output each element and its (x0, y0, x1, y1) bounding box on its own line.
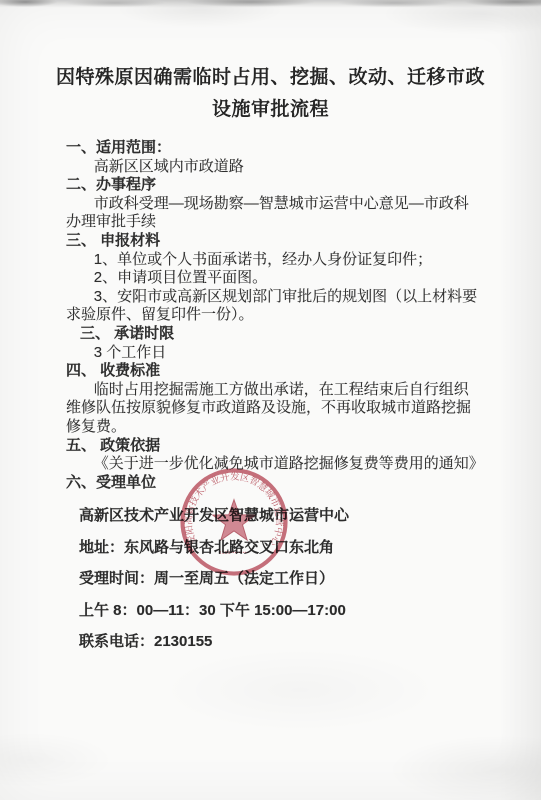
contact-hours-time: 上午 8：00—11：30 下午 15:00—17:00 (79, 601, 541, 620)
sec-1-scope-text: 高新区区域内市政道路 (66, 158, 480, 177)
seal-star-icon (213, 500, 256, 541)
commitment-days-text: 3 个工作日 (66, 344, 480, 363)
sec-2-procedure-text: 市政科受理—现场勘察—智慧城市运营中心意见—市政科办理审批手续 (66, 195, 480, 232)
contact-phone: 联系电话：2130155 (79, 632, 541, 651)
material-item-2: 2、申请项目位置平面图。 (66, 269, 480, 288)
sec-5-policy-heading: 五、 政策依据 (66, 437, 480, 456)
contact-address: 地址：东风路与银杏北路交叉口东北角 (79, 538, 541, 557)
scanned-document-page: 因特殊原因确需临时占用、挖掘、改动、迁移市政设施审批流程 一、适用范围： 高新区… (0, 0, 541, 800)
sec-1-scope-heading: 一、适用范围： (66, 139, 480, 158)
sec-2-procedure-heading: 二、办事程序 (66, 176, 480, 195)
official-seal: 安阳高新技术产业开发区智慧城市运营中心 4105••••••••• (178, 466, 290, 578)
material-item-1: 1、单位或个人书面承诺书，经办人身份证复印件； (66, 251, 480, 270)
fees-text: 临时占用挖掘需施工方做出承诺，在工程结束后自行组织维修队伍按原貌修复市政道路及设… (66, 381, 480, 437)
document-body: 一、适用范围： 高新区区域内市政道路 二、办事程序 市政科受理—现场勘察—智慧城… (0, 139, 541, 492)
document-title: 因特殊原因确需临时占用、挖掘、改动、迁移市政设施审批流程 (55, 62, 487, 126)
sec-3-materials-heading: 三、 申报材料 (66, 232, 480, 251)
scan-edge-artifact (0, 0, 541, 9)
material-item-3: 3、安阳市或高新区规划部门审批后的规划图（以上材料要求验原件、留复印件一份）。 (66, 288, 480, 325)
sec-commitment-heading: 三、 承诺时限 (66, 325, 480, 344)
contact-hours-days: 受理时间：周一至周五（法定工作日） (79, 569, 541, 588)
contact-unit: 高新区技术产业开发区智慧城市运营中心 (79, 506, 541, 525)
sec-4-fees-heading: 四、 收费标准 (66, 362, 480, 381)
seal-code: 4105••••••••• (219, 550, 249, 555)
